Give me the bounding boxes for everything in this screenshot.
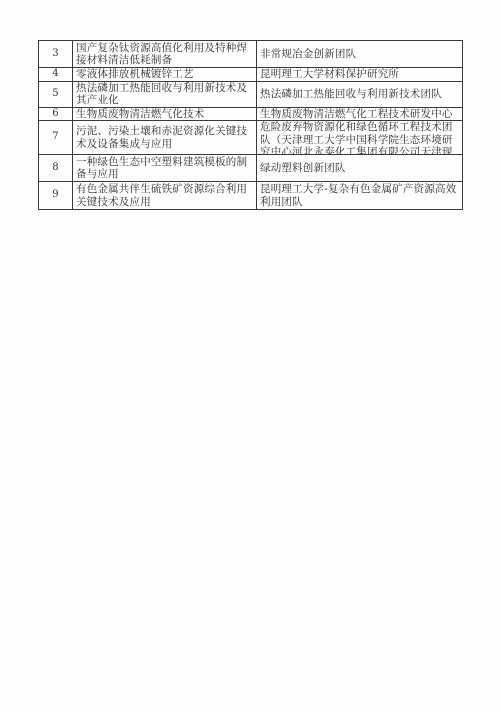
- table-row: 8 一种绿色生态中空塑料建筑模板的制备与应用 绿动塑料创新团队: [39, 155, 463, 182]
- project-name: 生物质废物清洁燃气化技术: [73, 107, 257, 121]
- table-row: 3 国产复杂钛资源高值化利用及特种焊接材料清洁低耗制备 非常规冶金创新团队: [39, 41, 463, 68]
- row-number: 3: [39, 41, 73, 68]
- team-name: 昆明理工大学-复杂有色金属矿产资源高效利用团队: [257, 182, 463, 210]
- table-row: 4 零液体排放机械镀锌工艺 昆明理工大学材料保护研究所: [39, 68, 463, 82]
- team-name: 热法磷加工热能回收与利用新技术团队: [257, 81, 463, 107]
- row-number: 6: [39, 107, 73, 121]
- project-name: 零液体排放机械镀锌工艺: [73, 68, 257, 82]
- row-number: 8: [39, 155, 73, 182]
- team-name: 昆明理工大学材料保护研究所: [257, 68, 463, 82]
- row-number: 9: [39, 182, 73, 210]
- project-name: 有色金属共伴生硫铁矿资源综合利用关键技术及应用: [73, 182, 257, 210]
- project-name: 一种绿色生态中空塑料建筑模板的制备与应用: [73, 155, 257, 182]
- project-name: 热法磷加工热能回收与利用新技术及其产业化: [73, 81, 257, 107]
- project-name: 国产复杂钛资源高值化利用及特种焊接材料清洁低耗制备: [73, 41, 257, 68]
- row-number: 7: [39, 121, 73, 155]
- team-name: 危险废弃物资源化和绿色循环工程技术团队（天津理工大学中国科学院生态环境研究中心河…: [260, 121, 459, 154]
- table-row: 7 污泥、污染土壤和赤泥资源化关键技术及设备集成与应用 危险废弃物资源化和绿色循…: [39, 121, 463, 155]
- row-number: 4: [39, 68, 73, 82]
- projects-table: 3 国产复杂钛资源高值化利用及特种焊接材料清洁低耗制备 非常规冶金创新团队 4 …: [38, 40, 463, 210]
- row-number: 5: [39, 81, 73, 107]
- table-row: 5 热法磷加工热能回收与利用新技术及其产业化 热法磷加工热能回收与利用新技术团队: [39, 81, 463, 107]
- team-name-cell: 危险废弃物资源化和绿色循环工程技术团队（天津理工大学中国科学院生态环境研究中心河…: [257, 121, 463, 155]
- table-row: 6 生物质废物清洁燃气化技术 生物质废物清洁燃气化工程技术研发中心: [39, 107, 463, 121]
- table-row: 9 有色金属共伴生硫铁矿资源综合利用关键技术及应用 昆明理工大学-复杂有色金属矿…: [39, 182, 463, 210]
- team-name: 绿动塑料创新团队: [257, 155, 463, 182]
- team-name: 生物质废物清洁燃气化工程技术研发中心: [257, 107, 463, 121]
- project-name: 污泥、污染土壤和赤泥资源化关键技术及设备集成与应用: [73, 121, 257, 155]
- team-name: 非常规冶金创新团队: [257, 41, 463, 68]
